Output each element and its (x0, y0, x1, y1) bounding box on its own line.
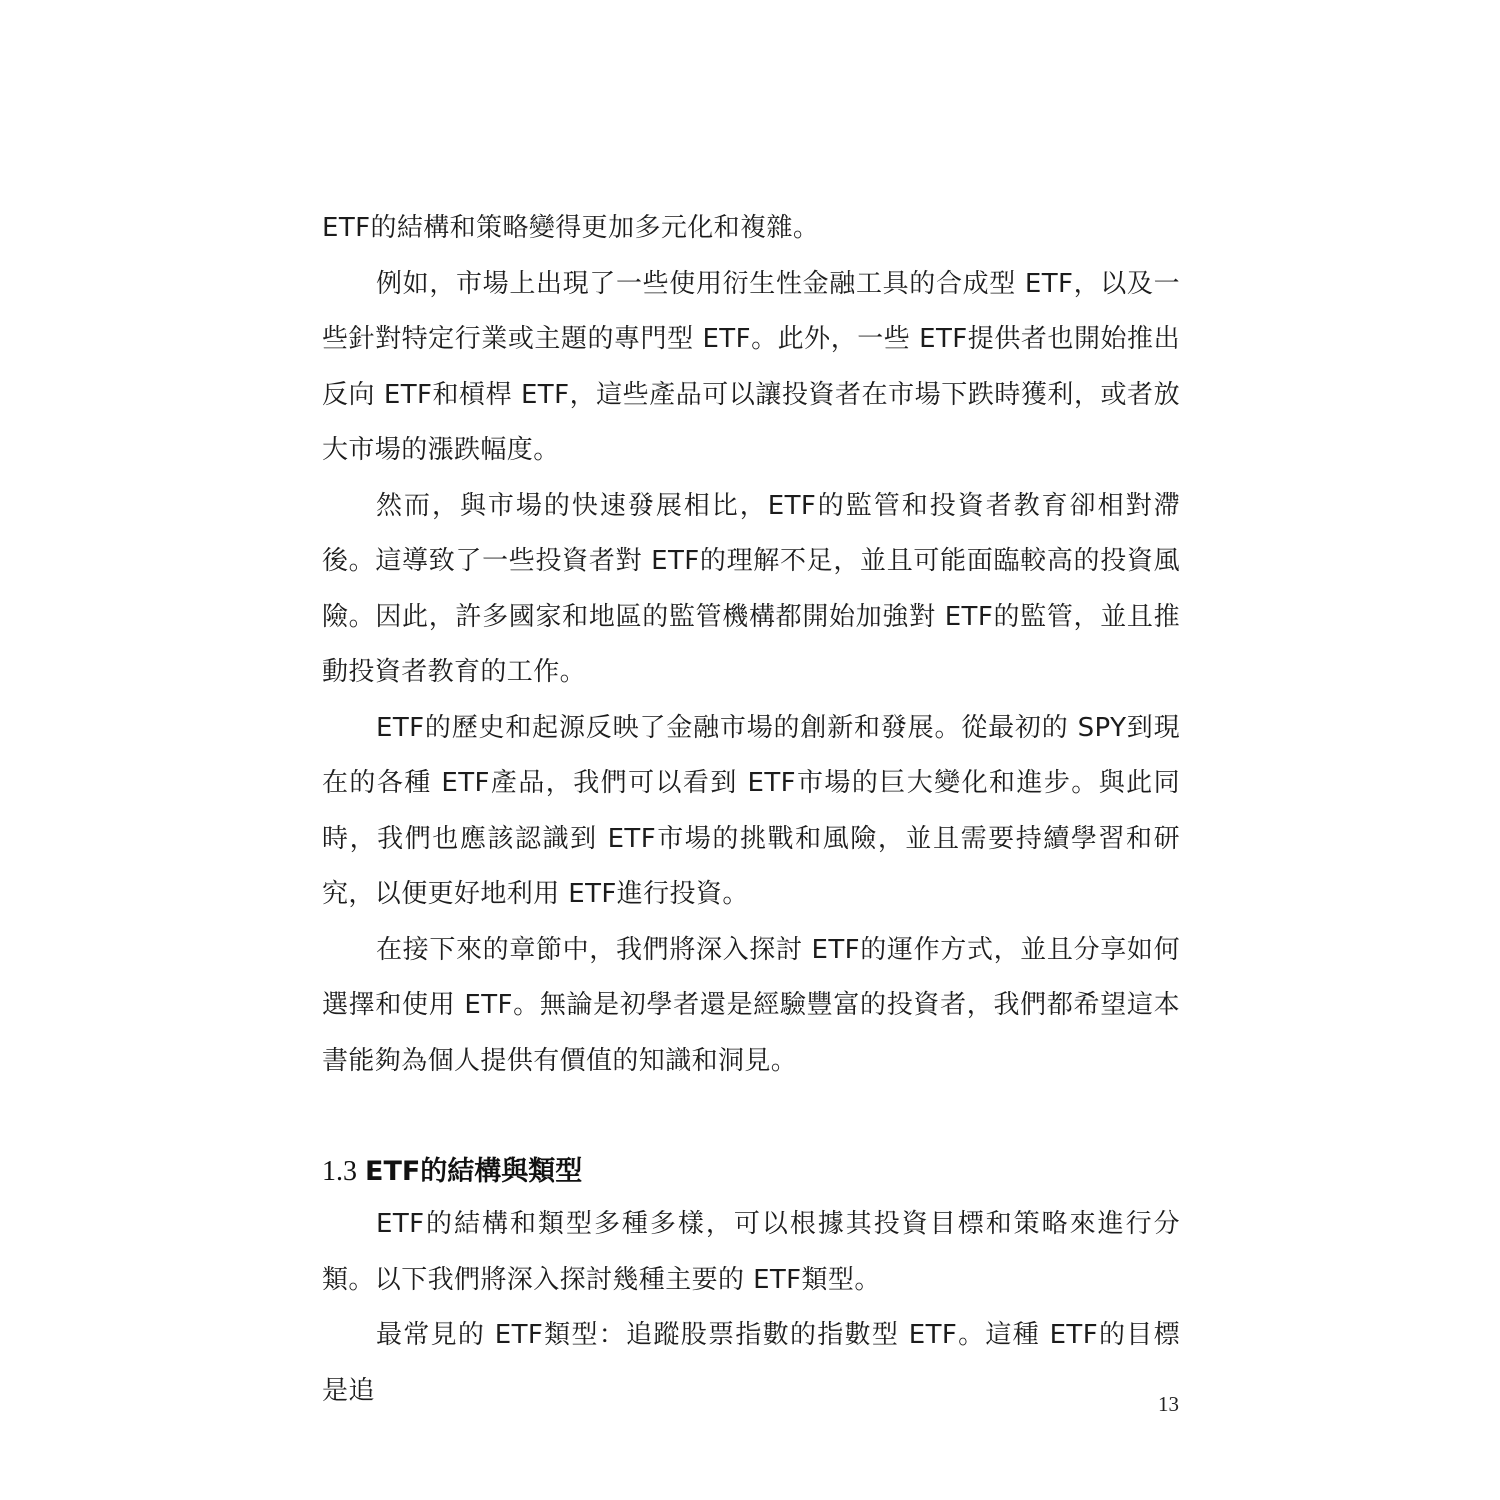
paragraph: 最常見的 ETF類型：追蹤股票指數的指數型 ETF。這種 ETF的目標是追 (322, 1308, 1180, 1419)
paragraph: 然而，與市場的快速發展相比，ETF的監管和投資者教育卻相對滯後。這導致了一些投資… (322, 479, 1180, 701)
body-text-top: ETF的結構和策略變得更加多元化和複雜。 例如，市場上出現了一些使用衍生性金融工… (322, 201, 1180, 1089)
section-number: 1.3 (322, 1156, 357, 1187)
page-number: 13 (1158, 1392, 1179, 1417)
paragraph: ETF的歷史和起源反映了金融市場的創新和發展。從最初的 SPY到現在的各種 ET… (322, 701, 1180, 923)
paragraph: 例如，市場上出現了一些使用衍生性金融工具的合成型 ETF，以及一些針對特定行業或… (322, 257, 1180, 479)
section-heading: 1.3ETF的結構與類型 (322, 1148, 582, 1196)
document-page: ETF的結構和策略變得更加多元化和複雜。 例如，市場上出現了一些使用衍生性金融工… (0, 0, 1500, 1500)
body-text-bottom: ETF的結構和類型多種多樣，可以根據其投資目標和策略來進行分類。以下我們將深入探… (322, 1197, 1180, 1419)
section-title: ETF的結構與類型 (365, 1156, 582, 1187)
paragraph: ETF的結構和類型多種多樣，可以根據其投資目標和策略來進行分類。以下我們將深入探… (322, 1197, 1180, 1308)
paragraph-continuation: ETF的結構和策略變得更加多元化和複雜。 (322, 201, 1180, 257)
paragraph: 在接下來的章節中，我們將深入探討 ETF的運作方式，並且分享如何選擇和使用 ET… (322, 923, 1180, 1090)
